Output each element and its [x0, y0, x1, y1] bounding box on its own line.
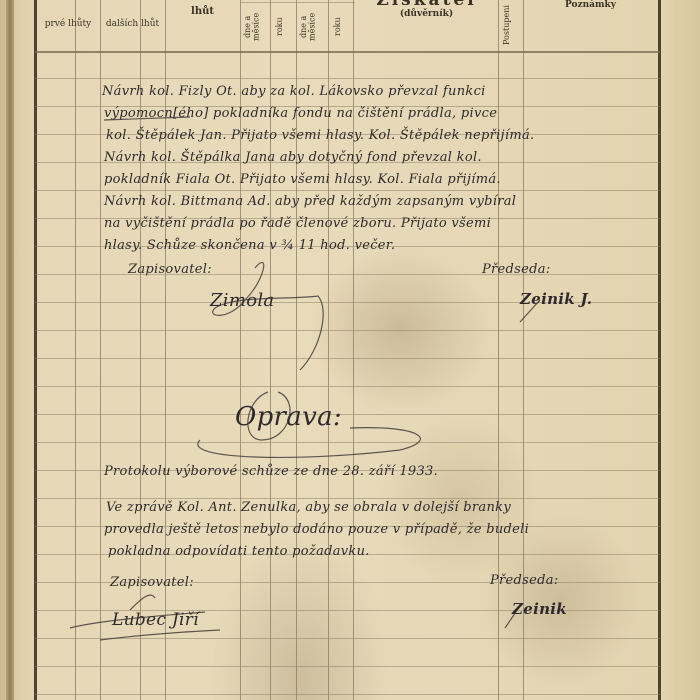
grid-line [328, 0, 329, 700]
correction-line: Protokolu výborové schůze ze dne 28. zář… [104, 464, 438, 479]
page-binding [6, 0, 14, 700]
grid-line [296, 0, 297, 700]
minutes-line: Návrh kol. Štěpálka Jana aby dotyčný fon… [104, 150, 482, 165]
left-border [34, 0, 37, 700]
header-divider [35, 51, 660, 53]
grid-line [353, 0, 354, 700]
correction-chair-label: Předseda: [490, 573, 559, 588]
header-dne-mesice-1: dne a měsíce [244, 6, 268, 48]
header-dne-mesice-2: dne a měsíce [300, 6, 324, 48]
header-roku-1: roku [276, 10, 290, 44]
grid-line [270, 0, 271, 700]
grid-line [240, 2, 355, 3]
minutes-line: kol. Štěpálek Jan. Přijato všemi hlasy. … [106, 128, 534, 143]
minutes-line: Návrh kol. Bittmana Ad. aby před každým … [104, 194, 516, 209]
header-ziskatel-sub: (důvěrník) [355, 10, 498, 20]
grid-line [75, 0, 76, 700]
recorder-label: Zapisovatel: [128, 262, 212, 277]
header-postupeni: Postupení [503, 2, 519, 48]
minutes-line: na vyčištění prádla po řadě členové zbor… [104, 216, 491, 231]
ink-flourishes [0, 0, 700, 700]
minutes-line: výpomocn[ého] pokladníka fondu na čištěn… [104, 106, 497, 121]
correction-recorder-label: Zapisovatel: [110, 575, 194, 590]
header-poznamky: Poznámky [523, 1, 658, 11]
grid-line [140, 0, 141, 700]
grid-line [165, 0, 166, 700]
right-border [658, 0, 661, 700]
ledger-page: prvé lhůty dalších lhůt lhůt dne a měsíc… [0, 0, 700, 700]
correction-line: provedla ještě letos nebylo dodáno pouze… [104, 522, 529, 537]
correction-recorder-signature: Lubec Jiří [112, 610, 199, 630]
chair-signature: Zeinik J. [520, 290, 592, 308]
header-dalsich-lhut: dalších lhůt [100, 20, 165, 30]
correction-line: Ve zprávě Kol. Ant. Zenulka, aby se obra… [106, 500, 511, 515]
minutes-line: hlasy. Schůze skončena v ¾ 11 hod. večer… [104, 238, 395, 253]
correction-chair-signature: Zeinik [512, 600, 567, 618]
grid-line [498, 0, 499, 700]
minutes-line: Návrh kol. Fizly Ot. aby za kol. Lákovsk… [102, 84, 486, 99]
recorder-signature: Zimola [210, 290, 274, 311]
correction-line: pokladna odpovídati tento požadavku. [108, 544, 370, 559]
header-roku-2: roku [334, 10, 348, 44]
header-prve-lhuty: prvé lhůty [36, 20, 100, 30]
grid-line [100, 0, 101, 700]
correction-title: Oprava: [235, 402, 342, 432]
minutes-line: pokladník Fiala Ot. Přijato všemi hlasy.… [104, 172, 501, 187]
header-lhut: lhůt [165, 6, 240, 17]
chair-label: Předseda: [482, 262, 551, 277]
grid-line [240, 0, 241, 700]
grid-line [523, 0, 524, 700]
